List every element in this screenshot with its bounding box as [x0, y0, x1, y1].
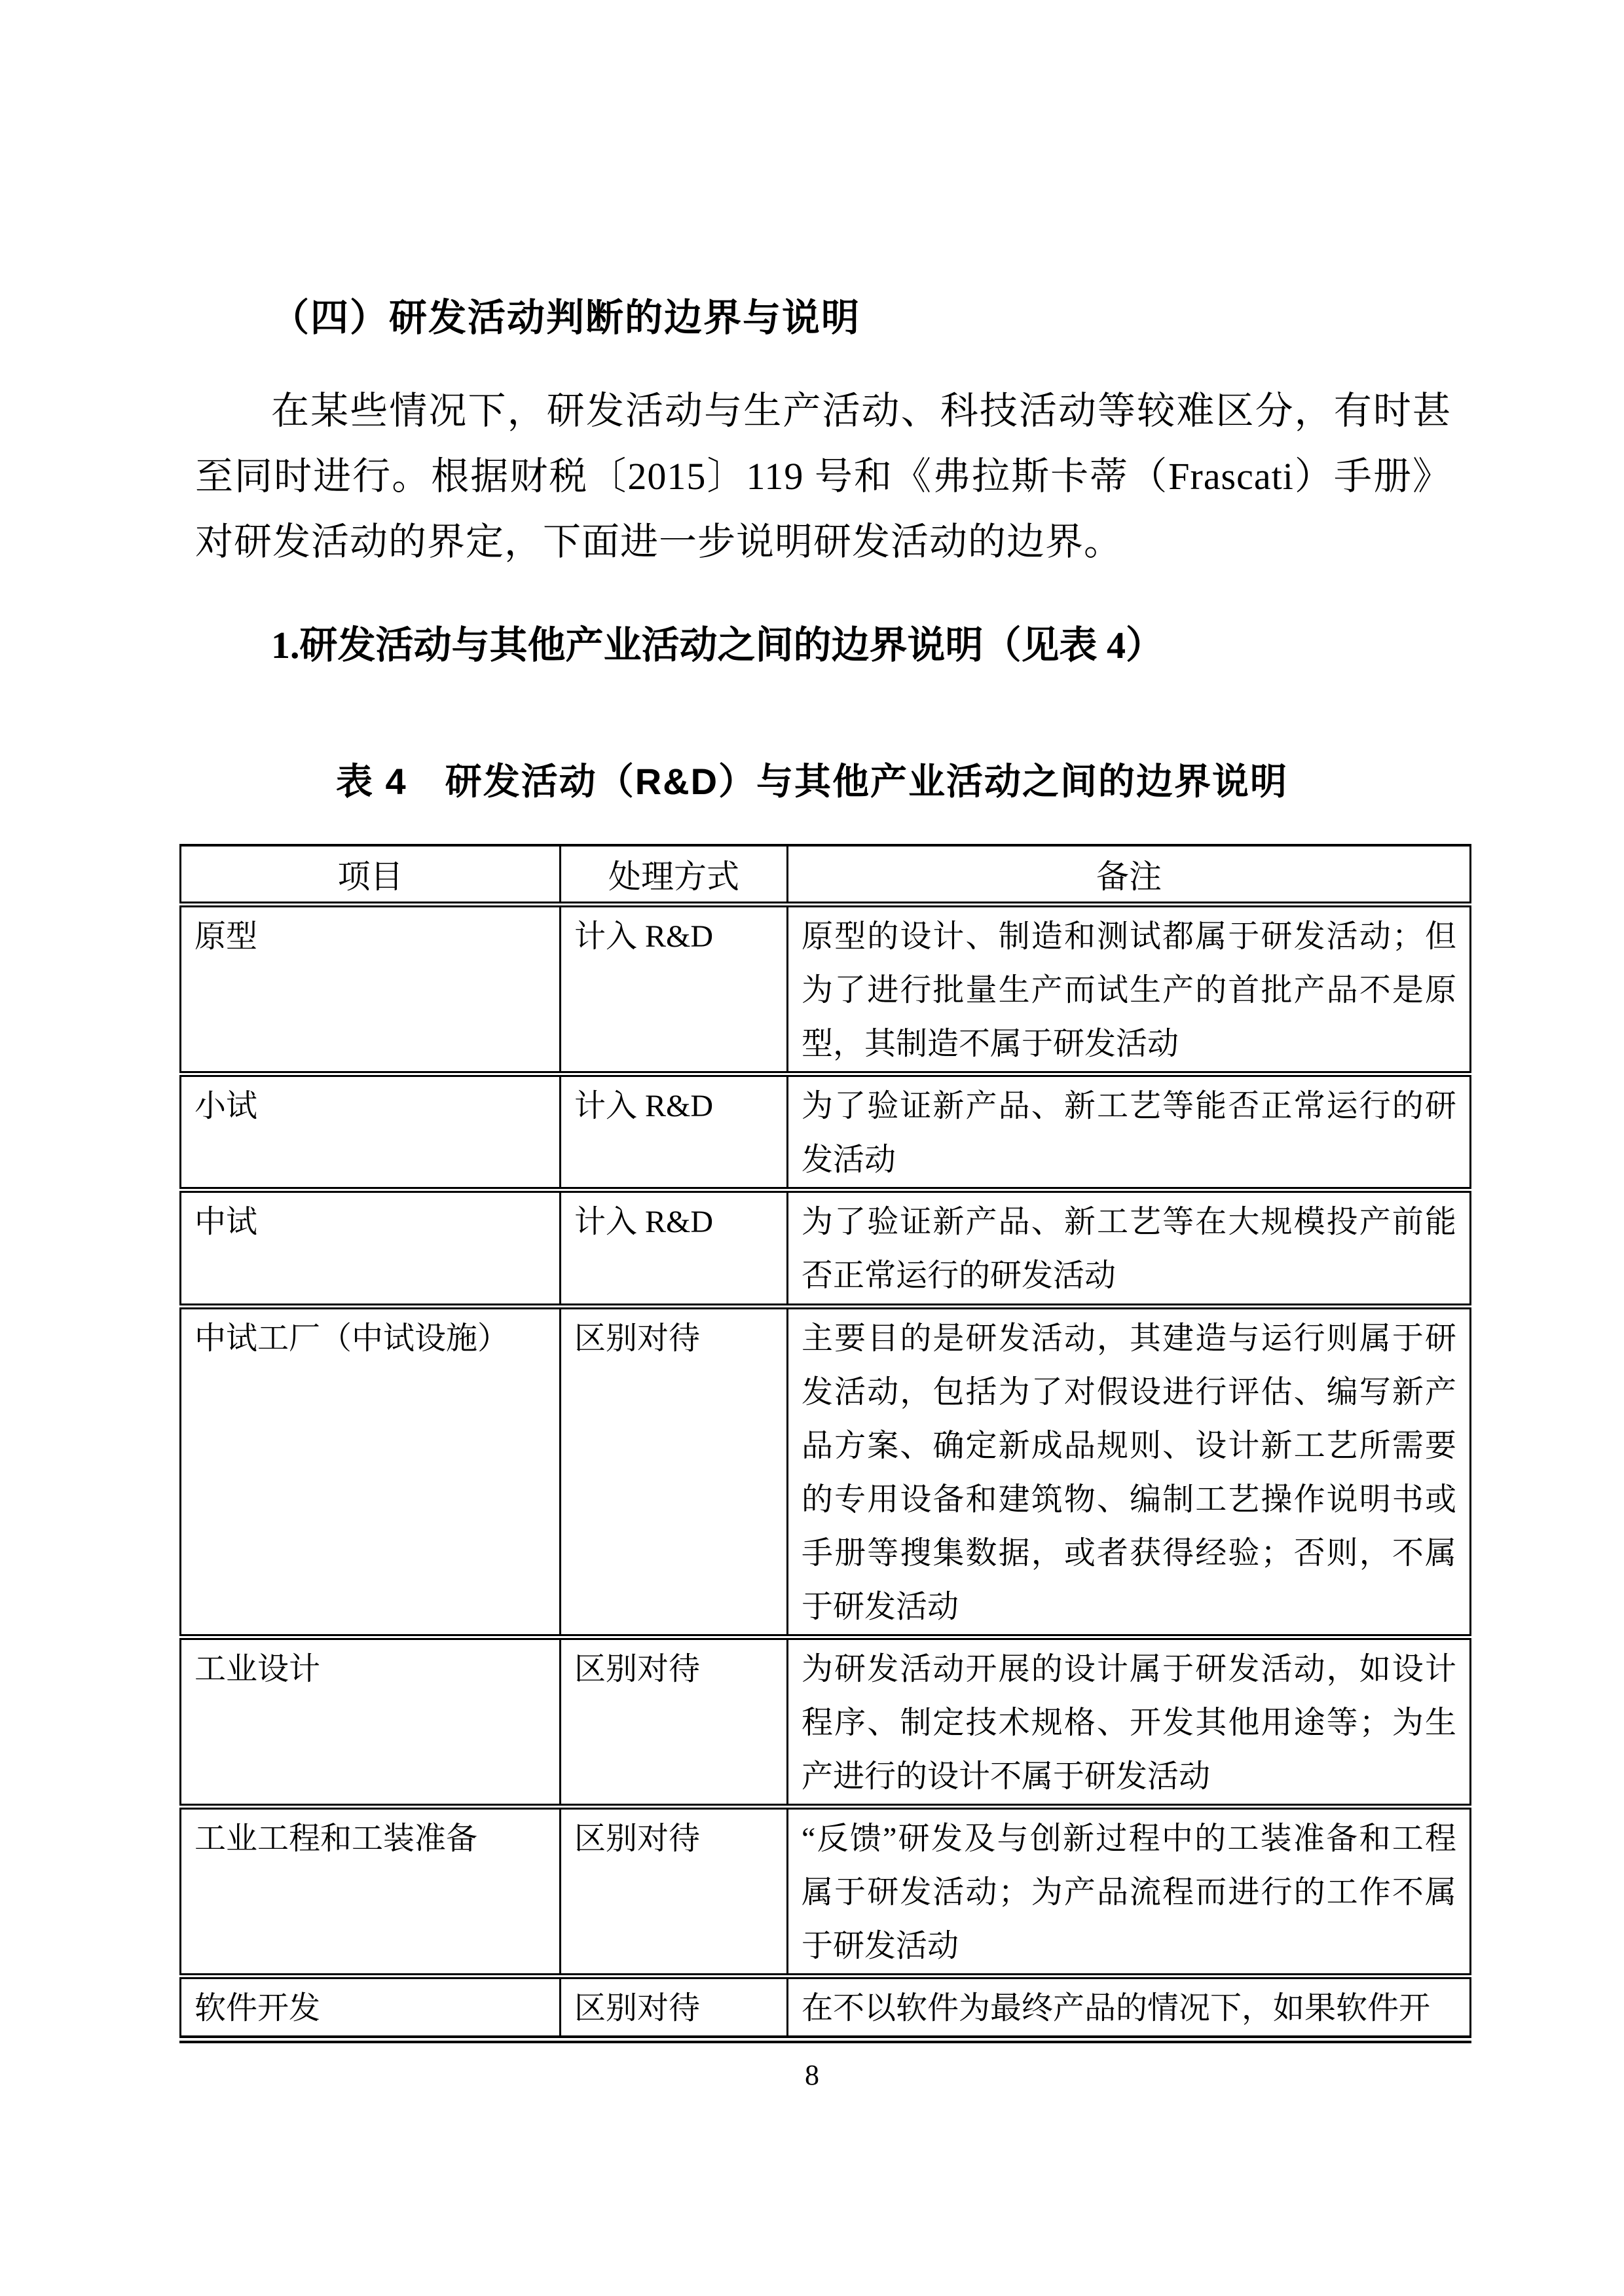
table-row: 小试 计入 R&D 为了验证新产品、新工艺等能否正常运行的研发活动: [181, 1074, 1471, 1190]
cell-remark: 为了验证新产品、新工艺等在大规模投产前能否正常运行的研发活动: [788, 1190, 1471, 1307]
cell-item: 软件开发: [181, 1977, 561, 2040]
table-row: 工业工程和工装准备 区别对待 “反馈”研发及与创新过程中的工装准备和工程属于研发…: [181, 1807, 1471, 1977]
cell-treatment: 计入 R&D: [561, 905, 788, 1074]
table-row: 原型 计入 R&D 原型的设计、制造和测试都属于研发活动；但为了进行批量生产而试…: [181, 905, 1471, 1074]
boundary-table: 项目 处理方式 备注 原型 计入 R&D 原型的设计、制造和测试都属于研发活动；…: [179, 844, 1471, 2043]
header-item: 项目: [181, 845, 561, 905]
table-header-row: 项目 处理方式 备注: [181, 845, 1471, 905]
cell-remark: “反馈”研发及与创新过程中的工装准备和工程属于研发活动；为产品流程而进行的工作不…: [788, 1807, 1471, 1977]
subsection-heading: 1.研发活动与其他产业活动之间的边界说明（见表 4）: [195, 614, 1452, 677]
table-row: 工业设计 区别对待 为研发活动开展的设计属于研发活动，如设计程序、制定技术规格、…: [181, 1637, 1471, 1807]
cell-item: 中试工厂（中试设施）: [181, 1307, 561, 1637]
section-heading: （四）研发活动判断的边界与说明: [195, 288, 1452, 348]
cell-remark: 为了验证新产品、新工艺等能否正常运行的研发活动: [788, 1074, 1471, 1190]
header-remark: 备注: [788, 845, 1471, 905]
table-caption: 表 4 研发活动（R&D）与其他产业活动之间的边界说明: [0, 753, 1624, 805]
header-treatment: 处理方式: [561, 845, 788, 905]
table-row: 中试工厂（中试设施） 区别对待 主要目的是研发活动，其建造与运行则属于研发活动，…: [181, 1307, 1471, 1637]
cell-item: 工业工程和工装准备: [181, 1807, 561, 1977]
cell-treatment: 区别对待: [561, 1807, 788, 1977]
cell-item: 中试: [181, 1190, 561, 1307]
cell-treatment: 计入 R&D: [561, 1190, 788, 1307]
cell-remark: 主要目的是研发活动，其建造与运行则属于研发活动，包括为了对假设进行评估、编写新产…: [788, 1307, 1471, 1637]
table-row: 中试 计入 R&D 为了验证新产品、新工艺等在大规模投产前能否正常运行的研发活动: [181, 1190, 1471, 1307]
cell-treatment: 计入 R&D: [561, 1074, 788, 1190]
table-row: 软件开发 区别对待 在不以软件为最终产品的情况下，如果软件开: [181, 1977, 1471, 2040]
document-page: （四）研发活动判断的边界与说明 在某些情况下，研发活动与生产活动、科技活动等较难…: [0, 0, 1624, 2296]
cell-item: 小试: [181, 1074, 561, 1190]
cell-treatment: 区别对待: [561, 1977, 788, 2040]
cell-item: 原型: [181, 905, 561, 1074]
cell-remark: 为研发活动开展的设计属于研发活动，如设计程序、制定技术规格、开发其他用途等；为生…: [788, 1637, 1471, 1807]
cell-remark: 在不以软件为最终产品的情况下，如果软件开: [788, 1977, 1471, 2040]
cell-treatment: 区别对待: [561, 1307, 788, 1637]
page-number: 8: [0, 2058, 1624, 2092]
cell-remark: 原型的设计、制造和测试都属于研发活动；但为了进行批量生产而试生产的首批产品不是原…: [788, 905, 1471, 1074]
intro-paragraph: 在某些情况下，研发活动与生产活动、科技活动等较难区分，有时甚至同时进行。根据财税…: [195, 378, 1451, 575]
cell-item: 工业设计: [181, 1637, 561, 1807]
cell-treatment: 区别对待: [561, 1637, 788, 1807]
